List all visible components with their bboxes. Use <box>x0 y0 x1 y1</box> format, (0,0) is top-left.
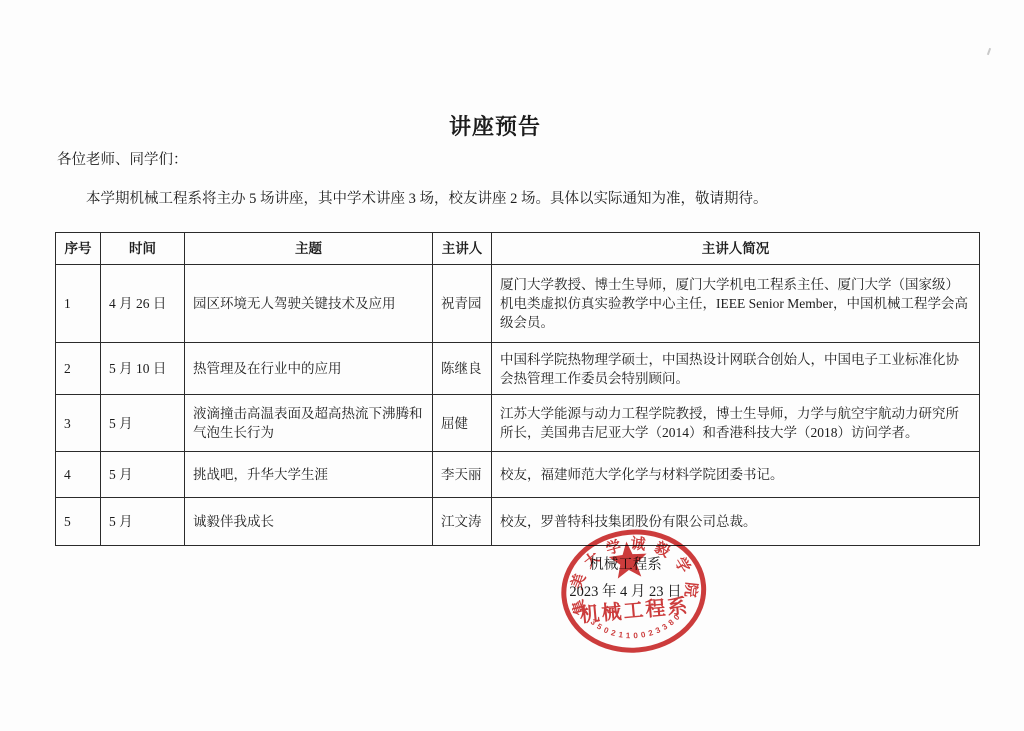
table-header-row: 序号 时间 主题 主讲人 主讲人简况 <box>56 233 980 265</box>
cell-time: 5 月 <box>101 498 185 546</box>
header-topic: 主题 <box>185 233 433 265</box>
greeting-line: 各位老师、同学们： <box>57 148 188 169</box>
cell-bio: 中国科学院热物理学硕士，中国热设计网联合创始人，中国电子工业标准化协会热管理工作… <box>492 343 980 395</box>
cell-time: 5 月 <box>101 395 185 452</box>
intro-paragraph: 本学期机械工程系将主办 5 场讲座，其中学术讲座 3 场，校友讲座 2 场。具体… <box>57 189 972 209</box>
lecture-table: 序号 时间 主题 主讲人 主讲人简况 1 4 月 26 日 园区环境无人驾驶关键… <box>55 232 980 546</box>
cell-speaker: 祝青园 <box>433 265 492 343</box>
cell-speaker: 江文涛 <box>433 498 492 546</box>
cell-speaker: 屈健 <box>433 395 492 452</box>
cell-bio: 校友，福建师范大学化学与材料学院团委书记。 <box>492 452 980 498</box>
table-row: 1 4 月 26 日 园区环境无人驾驶关键技术及应用 祝青园 厦门大学教授、博士… <box>56 265 980 343</box>
scan-artifact <box>987 48 991 55</box>
cell-speaker: 陈继良 <box>433 343 492 395</box>
cell-seq: 5 <box>56 498 101 546</box>
signature-date: 2023 年 4 月 23 日 <box>543 583 708 601</box>
document-page: 讲座预告 各位老师、同学们： 本学期机械工程系将主办 5 场讲座，其中学术讲座 … <box>0 0 1024 731</box>
cell-seq: 2 <box>56 343 101 395</box>
cell-topic: 园区环境无人驾驶关键技术及应用 <box>185 265 433 343</box>
cell-bio: 江苏大学能源与动力工程学院教授，博士生导师，力学与航空宇航动力研究所所长，美国弗… <box>492 395 980 452</box>
table-row: 2 5 月 10 日 热管理及在行业中的应用 陈继良 中国科学院热物理学硕士，中… <box>56 343 980 395</box>
signature-department: 机械工程系 <box>543 556 708 574</box>
page-title: 讲座预告 <box>0 110 1024 141</box>
cell-time: 5 月 <box>101 452 185 498</box>
header-bio: 主讲人简况 <box>492 233 980 265</box>
header-speaker: 主讲人 <box>433 233 492 265</box>
header-time: 时间 <box>101 233 185 265</box>
signature-block: 机械工程系 2023 年 4 月 23 日 <box>543 556 708 601</box>
cell-time: 4 月 26 日 <box>101 265 185 343</box>
header-seq: 序号 <box>56 233 101 265</box>
table-row: 5 5 月 诚毅伴我成长 江文涛 校友，罗普特科技集团股份有限公司总裁。 <box>56 498 980 546</box>
cell-topic: 液滴撞击高温表面及超高热流下沸腾和气泡生长行为 <box>185 395 433 452</box>
cell-time: 5 月 10 日 <box>101 343 185 395</box>
cell-bio: 校友，罗普特科技集团股份有限公司总裁。 <box>492 498 980 546</box>
seal-serial-number: 3502110023380 <box>588 610 685 645</box>
cell-topic: 热管理及在行业中的应用 <box>185 343 433 395</box>
cell-seq: 4 <box>56 452 101 498</box>
cell-speaker: 李天丽 <box>433 452 492 498</box>
cell-topic: 挑战吧，升华大学生涯 <box>185 452 433 498</box>
cell-seq: 3 <box>56 395 101 452</box>
cell-seq: 1 <box>56 265 101 343</box>
table-row: 4 5 月 挑战吧，升华大学生涯 李天丽 校友，福建师范大学化学与材料学院团委书… <box>56 452 980 498</box>
cell-topic: 诚毅伴我成长 <box>185 498 433 546</box>
cell-bio: 厦门大学教授、博士生导师，厦门大学机电工程系主任、厦门大学（国家级）机电类虚拟仿… <box>492 265 980 343</box>
table-row: 3 5 月 液滴撞击高温表面及超高热流下沸腾和气泡生长行为 屈健 江苏大学能源与… <box>56 395 980 452</box>
